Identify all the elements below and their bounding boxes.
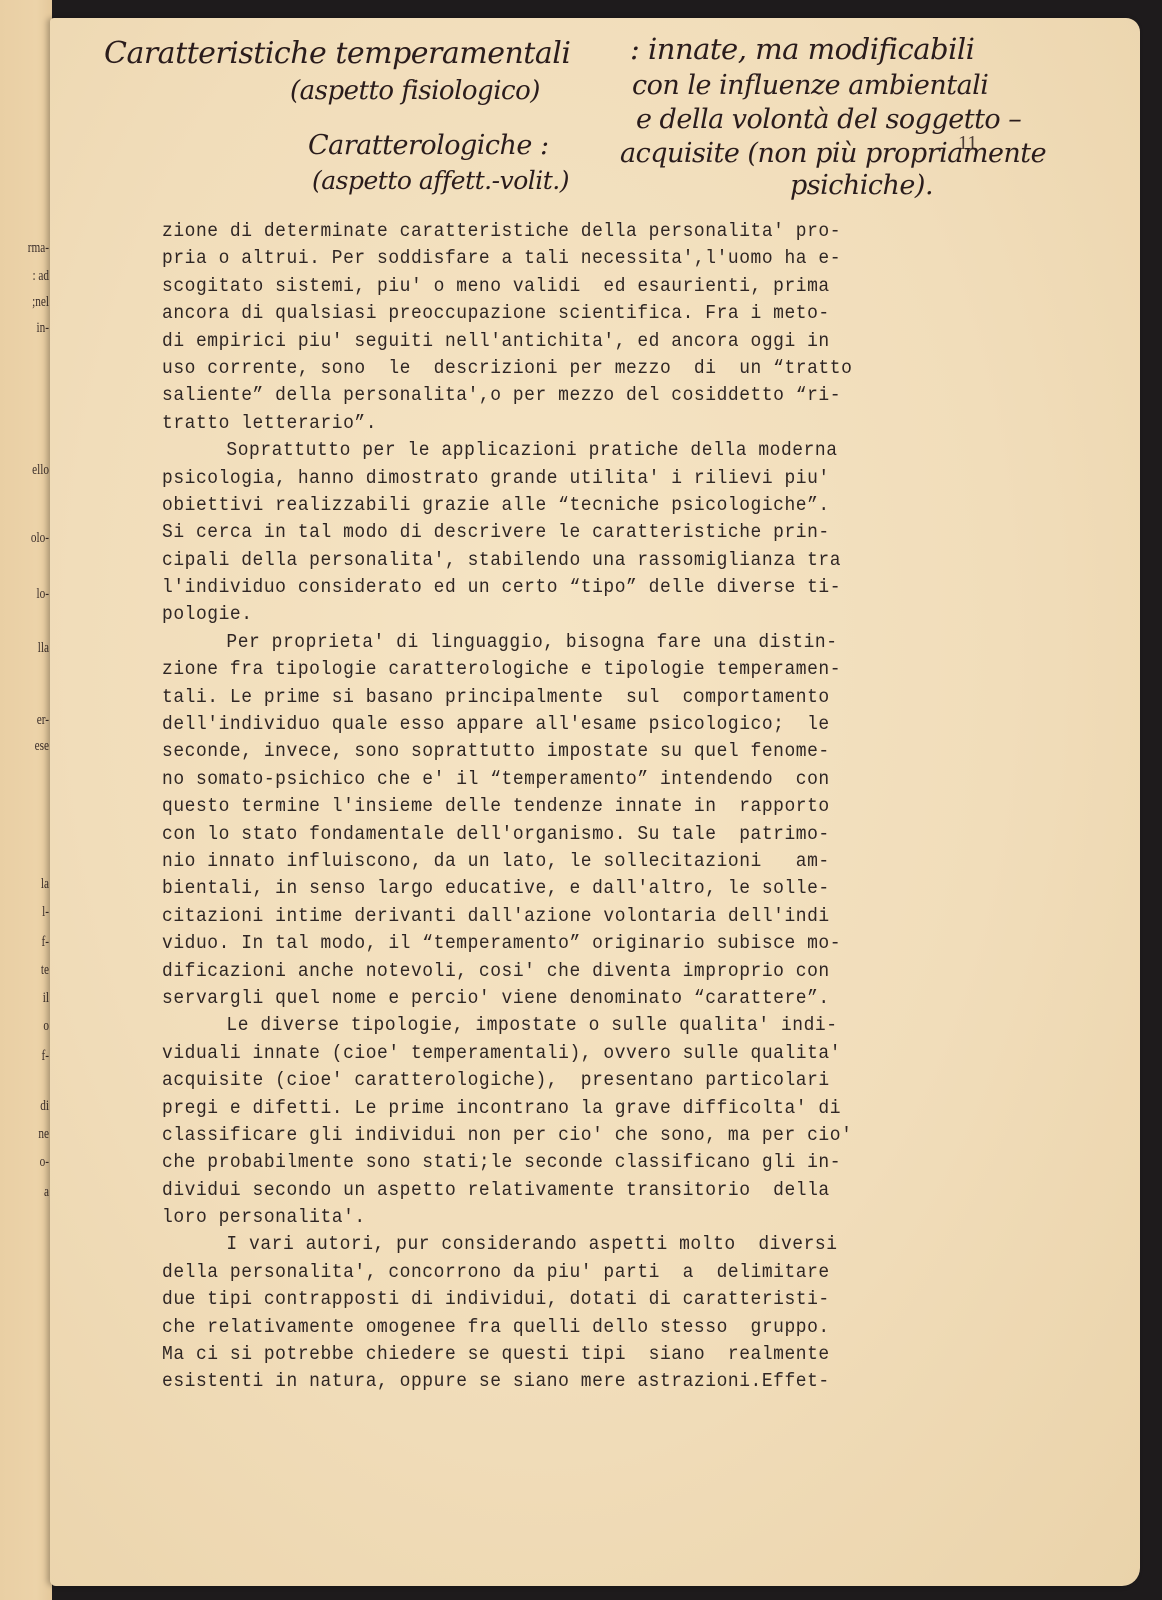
previous-page-fragment: te <box>13 962 52 979</box>
text-line: pria o altrui. Per soddisfare a tali nec… <box>162 245 926 272</box>
previous-page-fragment: ese <box>13 738 52 755</box>
handwritten-note: Caratteristiche temperamentali <box>104 36 570 71</box>
previous-page-fragment: di <box>13 1098 52 1115</box>
text-line: zione fra tipologie caratterologiche e t… <box>162 656 926 683</box>
handwritten-note: Caratterologiche : <box>308 130 549 161</box>
previous-page-fragment: il <box>13 990 52 1007</box>
text-line: dell'individuo quale esso appare all'esa… <box>162 711 926 738</box>
previous-page-fragment: la <box>13 876 52 893</box>
text-line: acquisite (cioe' caratterologiche), pres… <box>162 1067 926 1094</box>
previous-page-fragment: o <box>13 1018 52 1035</box>
previous-page-fragment: a <box>13 1184 52 1201</box>
handwritten-note: (aspetto affett.-volit.) <box>312 166 569 195</box>
previous-page-fragment: er- <box>13 712 52 729</box>
handwritten-note: psichiche). <box>790 170 933 201</box>
previous-page-fragment: olo- <box>13 530 52 547</box>
previous-page-edge: rma-: ad;nelin-elloolo-lo-llaer-eselal-f… <box>0 0 52 1600</box>
text-line: Soprattutto per le applicazioni pratiche… <box>162 437 926 464</box>
text-line: obiettivi realizzabili grazie alle “tecn… <box>162 492 926 519</box>
text-line: I vari autori, pur considerando aspetti … <box>162 1231 926 1258</box>
previous-page-fragment: l- <box>13 904 52 921</box>
previous-page-fragment: ello <box>13 462 52 479</box>
text-line: psicologia, hanno dimostrato grande util… <box>162 465 926 492</box>
text-line: uso corrente, sono le descrizioni per me… <box>162 355 926 382</box>
text-line: Ma ci si potrebbe chiedere se questi tip… <box>162 1341 926 1368</box>
previous-page-fragment: f- <box>13 1048 52 1065</box>
text-line: dividui secondo un aspetto relativamente… <box>162 1177 926 1204</box>
text-line: esistenti in natura, oppure se siano mer… <box>162 1368 926 1395</box>
text-line: Le diverse tipologie, impostate o sulle … <box>162 1012 926 1039</box>
text-line: due tipi contrapposti di individui, dota… <box>162 1286 926 1313</box>
previous-page-fragment: : ad <box>13 268 52 285</box>
text-line: nio innato influiscono, da un lato, le s… <box>162 848 926 875</box>
previous-page-fragment: lo- <box>13 586 52 603</box>
text-line: ancora di qualsiasi preoccupazione scien… <box>162 300 926 327</box>
document-page: 11 Caratteristiche temperamentali (aspet… <box>50 18 1140 1586</box>
text-line: cipali della personalita', stabilendo un… <box>162 547 926 574</box>
text-line: no somato-psichico che e' il “temperamen… <box>162 766 926 793</box>
text-line: pregi e difetti. Le prime incontrano la … <box>162 1095 926 1122</box>
text-line: di empirici piu' seguiti nell'antichita'… <box>162 328 926 355</box>
text-line: servargli quel nome e percio' viene deno… <box>162 985 926 1012</box>
handwritten-note: e della volontà del soggetto – <box>636 104 1021 135</box>
text-line: pologie. <box>162 601 926 628</box>
handwritten-note: con le influenze ambientali <box>632 70 988 101</box>
typewritten-body: zione di determinate caratteristiche del… <box>162 218 992 1396</box>
text-line: loro personalita'. <box>162 1204 926 1231</box>
text-line: con lo stato fondamentale dell'organismo… <box>162 821 926 848</box>
text-line: l'individuo considerato ed un certo “tip… <box>162 574 926 601</box>
text-line: della personalita', concorrono da piu' p… <box>162 1259 926 1286</box>
text-line: seconde, invece, sono soprattutto impost… <box>162 738 926 765</box>
handwritten-note: : innate, ma modificabili <box>630 32 974 66</box>
handwritten-note: acquisite (non più propriamente <box>620 138 1046 169</box>
previous-page-fragment: in- <box>13 320 52 337</box>
previous-page-fragment: rma- <box>13 240 52 257</box>
previous-page-fragment: o- <box>13 1154 52 1171</box>
previous-page-fragment: ne <box>13 1126 52 1143</box>
previous-page-fragment: lla <box>13 640 52 657</box>
text-line: dificazioni anche notevoli, cosi' che di… <box>162 958 926 985</box>
text-line: che relativamente omogenee fra quelli de… <box>162 1314 926 1341</box>
text-line: classificare gli individui non per cio' … <box>162 1122 926 1149</box>
text-line: Si cerca in tal modo di descrivere le ca… <box>162 519 926 546</box>
text-line: bientali, in senso largo educative, e da… <box>162 875 926 902</box>
text-line: che probabilmente sono stati;le seconde … <box>162 1149 926 1176</box>
text-line: tali. Le prime si basano principalmente … <box>162 684 926 711</box>
text-line: citazioni intime derivanti dall'azione v… <box>162 903 926 930</box>
text-line: tratto letterario”. <box>162 410 926 437</box>
text-line: viduo. In tal modo, il “temperamento” or… <box>162 930 926 957</box>
previous-page-fragment: f- <box>13 934 52 951</box>
text-line: viduali innate (cioe' temperamentali), o… <box>162 1040 926 1067</box>
handwritten-note: (aspetto fisiologico) <box>290 76 540 106</box>
text-line: zione di determinate caratteristiche del… <box>162 218 926 245</box>
text-line: questo termine l'insieme delle tendenze … <box>162 793 926 820</box>
text-line: saliente” della personalita',o per mezzo… <box>162 382 926 409</box>
text-line: scogitato sistemi, piu' o meno validi ed… <box>162 273 926 300</box>
previous-page-fragment: ;nel <box>13 294 52 311</box>
text-line: Per proprieta' di linguaggio, bisogna fa… <box>162 629 926 656</box>
